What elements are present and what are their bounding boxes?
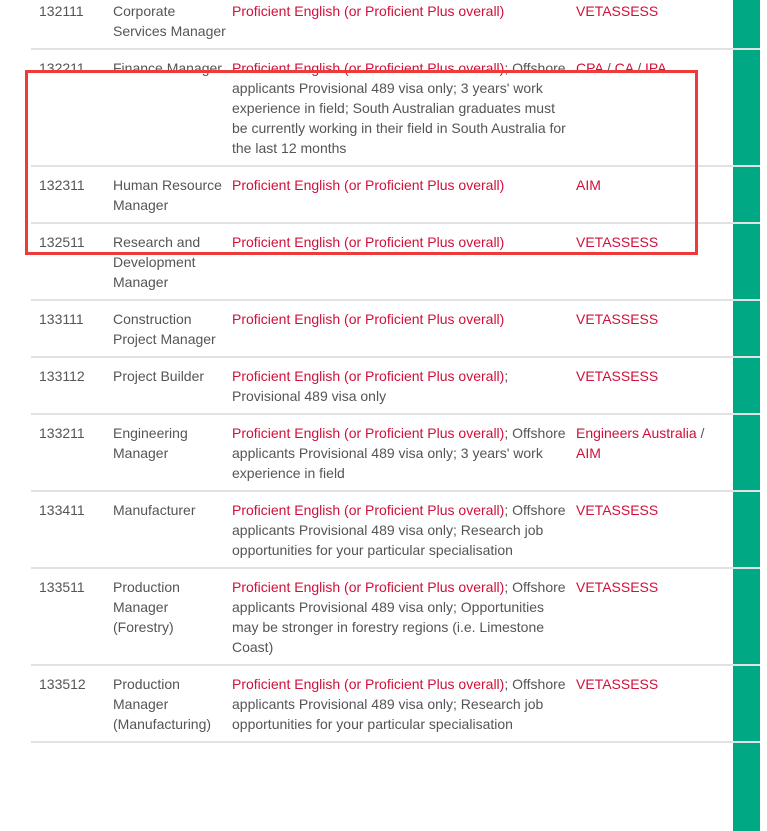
table-row: 133112Project BuilderProficient English … (31, 358, 760, 415)
table-row: 133512Production Manager (Manufacturing)… (31, 666, 760, 743)
assessing-authority-link[interactable]: VETASSESS (576, 579, 658, 595)
requirements-cell: Proficient English (or Proficient Plus o… (232, 577, 576, 657)
table-row: 133111Construction Project ManagerProfic… (31, 301, 760, 358)
assessing-authority-link[interactable]: AIM (576, 177, 601, 193)
assessing-authority-cell: VETASSESS (576, 232, 726, 292)
assessing-authority-link[interactable]: AIM (576, 445, 601, 461)
anzsco-code: 133112 (31, 366, 113, 406)
english-requirement-link[interactable]: Proficient English (or Proficient Plus o… (232, 676, 504, 692)
table-row: 132111Corporate Services ManagerProficie… (31, 0, 760, 50)
assessing-authority-link[interactable]: VETASSESS (576, 368, 658, 384)
assessing-authority-link[interactable]: Engineers Australia (576, 425, 697, 441)
assessing-authority-link[interactable]: VETASSESS (576, 234, 658, 250)
anzsco-code: 133211 (31, 423, 113, 483)
authority-separator: / (603, 60, 615, 76)
english-requirement-link[interactable]: Proficient English (or Proficient Plus o… (232, 502, 504, 518)
occupation-name: Finance Manager (113, 58, 232, 158)
table-row: 132211Finance ManagerProficient English … (31, 50, 760, 167)
assessing-authority-cell: VETASSESS (576, 577, 726, 657)
english-requirement-link[interactable]: Proficient English (or Proficient Plus o… (232, 579, 504, 595)
occupation-name: Production Manager (Forestry) (113, 577, 232, 657)
table-row: 132511Research and Development ManagerPr… (31, 224, 760, 301)
assessing-authority-link[interactable]: VETASSESS (576, 311, 658, 327)
anzsco-code: 132311 (31, 175, 113, 215)
anzsco-code: 132211 (31, 58, 113, 158)
english-requirement-link[interactable]: Proficient English (or Proficient Plus o… (232, 311, 504, 327)
requirements-cell: Proficient English (or Proficient Plus o… (232, 366, 576, 406)
english-requirement-link[interactable]: Proficient English (or Proficient Plus o… (232, 368, 504, 384)
assessing-authority-link[interactable]: VETASSESS (576, 502, 658, 518)
assessing-authority-cell: VETASSESS (576, 366, 726, 406)
assessing-authority-cell: VETASSESS (576, 1, 726, 41)
assessing-authority-cell: VETASSESS (576, 674, 726, 734)
authority-separator: / (697, 425, 705, 441)
assessing-authority-cell: VETASSESS (576, 500, 726, 560)
assessing-authority-cell: AIM (576, 175, 726, 215)
english-requirement-link[interactable]: Proficient English (or Proficient Plus o… (232, 3, 504, 19)
occupation-name: Construction Project Manager (113, 309, 232, 349)
table-row: 133511Production Manager (Forestry)Profi… (31, 569, 760, 666)
occupation-name: Manufacturer (113, 500, 232, 560)
assessing-authority-link[interactable]: IPA (645, 60, 667, 76)
occupation-name: Human Resource Manager (113, 175, 232, 215)
requirements-cell: Proficient English (or Proficient Plus o… (232, 309, 576, 349)
occupation-name: Research and Development Manager (113, 232, 232, 292)
assessing-authority-link[interactable]: VETASSESS (576, 3, 658, 19)
english-requirement-link[interactable]: Proficient English (or Proficient Plus o… (232, 177, 504, 193)
anzsco-code: 133512 (31, 674, 113, 734)
occupation-name: Project Builder (113, 366, 232, 406)
anzsco-code: 133511 (31, 577, 113, 657)
anzsco-code: 133411 (31, 500, 113, 560)
anzsco-code: 132111 (31, 1, 113, 41)
requirements-cell: Proficient English (or Proficient Plus o… (232, 674, 576, 734)
assessing-authority-link[interactable]: CPA (576, 60, 603, 76)
assessing-authority-link[interactable]: CA (615, 60, 634, 76)
occupation-name: Corporate Services Manager (113, 1, 232, 41)
english-requirement-link[interactable]: Proficient English (or Proficient Plus o… (232, 425, 504, 441)
anzsco-code: 133111 (31, 309, 113, 349)
requirements-cell: Proficient English (or Proficient Plus o… (232, 175, 576, 215)
assessing-authority-cell: Engineers Australia / AIM (576, 423, 726, 483)
table-row: 133411ManufacturerProficient English (or… (31, 492, 760, 569)
requirements-cell: Proficient English (or Proficient Plus o… (232, 423, 576, 483)
occupation-name: Production Manager (Manufacturing) (113, 674, 232, 734)
requirements-cell: Proficient English (or Proficient Plus o… (232, 58, 576, 158)
assessing-authority-cell: CPA / CA / IPA (576, 58, 726, 158)
table-row: 133211Engineering ManagerProficient Engl… (31, 415, 760, 492)
table-row: 132311Human Resource ManagerProficient E… (31, 167, 760, 224)
assessing-authority-link[interactable]: VETASSESS (576, 676, 658, 692)
occupation-table: 132111Corporate Services ManagerProficie… (31, 0, 760, 743)
requirements-cell: Proficient English (or Proficient Plus o… (232, 1, 576, 41)
requirements-cell: Proficient English (or Proficient Plus o… (232, 232, 576, 292)
anzsco-code: 132511 (31, 232, 113, 292)
authority-separator: / (633, 60, 645, 76)
assessing-authority-cell: VETASSESS (576, 309, 726, 349)
occupation-name: Engineering Manager (113, 423, 232, 483)
english-requirement-link[interactable]: Proficient English (or Proficient Plus o… (232, 234, 504, 250)
english-requirement-link[interactable]: Proficient English (or Proficient Plus o… (232, 60, 504, 76)
requirements-cell: Proficient English (or Proficient Plus o… (232, 500, 576, 560)
